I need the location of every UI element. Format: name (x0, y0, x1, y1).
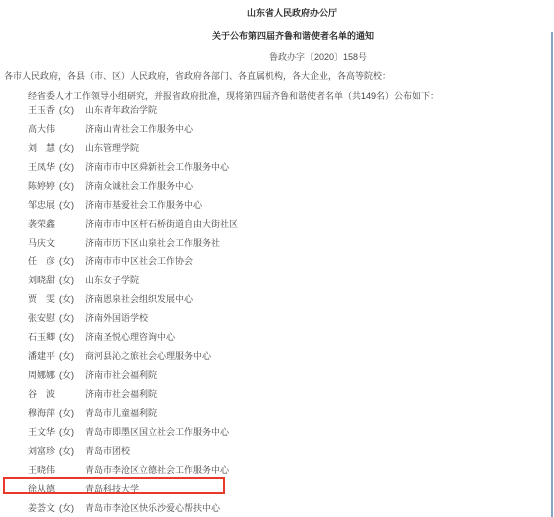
honoree-name: 潘建平 (28, 349, 55, 362)
honoree-name: 王晓伟 (28, 463, 55, 476)
honoree-organization: 济南外国语学校 (85, 311, 148, 324)
honoree-organization: 商河县沁之旅社会心理服务中心 (85, 349, 211, 362)
honoree-list: 王玉香 (女) 山东青年政治学院 高大伟 济南山青社会工作服务中心 刘 慧 (女… (0, 100, 554, 517)
name-column: 姜荟文 (女) (28, 501, 85, 514)
honoree-name: 徐从德 (28, 482, 55, 495)
list-item: 徐从德 青岛科技大学 (0, 479, 554, 498)
name-column: 高大伟 (28, 122, 85, 135)
honoree-organization: 济南市社会福利院 (85, 368, 157, 381)
list-item: 王文华 (女) 青岛市即墨区国立社会工作服务中心 (0, 422, 554, 441)
honoree-gender: (女) (59, 444, 74, 457)
honoree-organization: 济南市历下区山泉社会工作服务社 (85, 236, 220, 249)
honoree-name: 马庆文 (28, 236, 55, 249)
honoree-name: 邹忠展 (28, 198, 55, 211)
list-item: 王凤华 (女) 济南市市中区舜新社会工作服务中心 (0, 157, 554, 176)
honoree-gender: (女) (59, 425, 74, 438)
honoree-name: 任 彦 (28, 254, 55, 267)
name-column: 徐从德 (28, 482, 85, 495)
name-column: 任 彦 (女) (28, 254, 85, 267)
name-column: 张安慰 (女) (28, 311, 85, 324)
honoree-organization: 济南圣悦心理咨询中心 (85, 330, 175, 343)
name-column: 周娜娜 (女) (28, 368, 85, 381)
name-column: 石玉卿 (女) (28, 330, 85, 343)
document-title: 山东省人民政府办公厅 (247, 6, 337, 19)
honoree-name: 刘富珍 (28, 444, 55, 457)
list-item: 张安慰 (女) 济南外国语学校 (0, 308, 554, 327)
honoree-name: 张安慰 (28, 311, 55, 324)
name-column: 王文华 (女) (28, 425, 85, 438)
honoree-gender: (女) (59, 311, 74, 324)
honoree-name: 刘晓甜 (28, 273, 55, 286)
honoree-name: 陈婷婷 (28, 179, 55, 192)
name-column: 刘 慧 (女) (28, 141, 85, 154)
honoree-organization: 济南市市中区舜新社会工作服务中心 (85, 160, 229, 173)
honoree-organization: 济南市市中区社会工作协会 (85, 254, 193, 267)
frame-border-line (551, 32, 553, 517)
honoree-organization: 山东管理学院 (85, 141, 139, 154)
honoree-name: 袭荣鑫 (28, 217, 55, 230)
honoree-organization: 青岛市儿童福利院 (85, 406, 157, 419)
honoree-gender: (女) (59, 406, 74, 419)
list-item: 贾 雯 (女) 济南恩泉社会组织发展中心 (0, 289, 554, 308)
honoree-organization: 青岛市即墨区国立社会工作服务中心 (85, 425, 229, 438)
honoree-name: 姜荟文 (28, 501, 55, 514)
honoree-gender: (女) (59, 501, 74, 514)
honoree-gender: (女) (59, 292, 74, 305)
honoree-name: 谷 波 (28, 387, 55, 400)
list-item: 石玉卿 (女) 济南圣悦心理咨询中心 (0, 327, 554, 346)
honoree-name: 贾 雯 (28, 292, 55, 305)
document-page: 山东省人民政府办公厅 关于公布第四届齐鲁和谐使者名单的通知 鲁政办字〔2020〕… (0, 0, 554, 517)
honoree-organization: 青岛市李沧区快乐沙爱心帮扶中心 (85, 501, 220, 514)
list-item: 邹忠展 (女) 济南市基爱社会工作服务中心 (0, 195, 554, 214)
name-column: 潘建平 (女) (28, 349, 85, 362)
document-number: 鲁政办字〔2020〕158号 (269, 50, 367, 63)
honoree-name: 王文华 (28, 425, 55, 438)
honoree-name: 穆海萍 (28, 406, 55, 419)
name-column: 王晓伟 (28, 463, 85, 476)
list-item: 王玉香 (女) 山东青年政治学院 (0, 100, 554, 119)
honoree-organization: 青岛科技大学 (85, 482, 139, 495)
list-item: 谷 波 济南市社会福利院 (0, 384, 554, 403)
list-item: 穆海萍 (女) 青岛市儿童福利院 (0, 403, 554, 422)
name-column: 谷 波 (28, 387, 85, 400)
honoree-organization: 青岛市李沧区立德社会工作服务中心 (85, 463, 229, 476)
honoree-name: 王玉香 (28, 103, 55, 116)
honoree-organization: 济南市市中区杆石桥街道自由大街社区 (85, 217, 238, 230)
honoree-name: 高大伟 (28, 122, 55, 135)
honoree-name: 王凤华 (28, 160, 55, 173)
honoree-gender: (女) (59, 141, 74, 154)
honoree-organization: 济南市基爱社会工作服务中心 (85, 198, 202, 211)
list-item: 潘建平 (女) 商河县沁之旅社会心理服务中心 (0, 346, 554, 365)
name-column: 贾 雯 (女) (28, 292, 85, 305)
honoree-gender: (女) (59, 254, 74, 267)
honoree-organization: 青岛市团校 (85, 444, 130, 457)
list-item: 陈婷婷 (女) 济南众诚社会工作服务中心 (0, 176, 554, 195)
name-column: 王玉香 (女) (28, 103, 85, 116)
document-subtitle: 关于公布第四届齐鲁和谐使者名单的通知 (212, 29, 374, 42)
honoree-name: 石玉卿 (28, 330, 55, 343)
name-column: 马庆文 (28, 236, 85, 249)
honoree-organization: 济南市社会福利院 (85, 387, 157, 400)
name-column: 刘富珍 (女) (28, 444, 85, 457)
honoree-organization: 济南恩泉社会组织发展中心 (85, 292, 193, 305)
honoree-gender: (女) (59, 349, 74, 362)
name-column: 陈婷婷 (女) (28, 179, 85, 192)
list-item: 周娜娜 (女) 济南市社会福利院 (0, 365, 554, 384)
name-column: 穆海萍 (女) (28, 406, 85, 419)
list-item: 刘晓甜 (女) 山东女子学院 (0, 270, 554, 289)
list-item: 刘富珍 (女) 青岛市团校 (0, 441, 554, 460)
name-column: 王凤华 (女) (28, 160, 85, 173)
honoree-organization: 山东青年政治学院 (85, 103, 157, 116)
honoree-gender: (女) (59, 273, 74, 286)
list-item: 任 彦 (女) 济南市市中区社会工作协会 (0, 252, 554, 271)
list-item: 马庆文 济南市历下区山泉社会工作服务社 (0, 233, 554, 252)
list-item: 高大伟 济南山青社会工作服务中心 (0, 119, 554, 138)
honoree-gender: (女) (59, 330, 74, 343)
honoree-gender: (女) (59, 198, 74, 211)
list-item: 姜荟文 (女) 青岛市李沧区快乐沙爱心帮扶中心 (0, 498, 554, 517)
list-item: 袭荣鑫 济南市市中区杆石桥街道自由大街社区 (0, 214, 554, 233)
honoree-organization: 济南山青社会工作服务中心 (85, 122, 193, 135)
honoree-organization: 山东女子学院 (85, 273, 139, 286)
honoree-organization: 济南众诚社会工作服务中心 (85, 179, 193, 192)
name-column: 袭荣鑫 (28, 217, 85, 230)
honoree-gender: (女) (59, 160, 74, 173)
name-column: 刘晓甜 (女) (28, 273, 85, 286)
honoree-gender: (女) (59, 368, 74, 381)
salutation-paragraph: 各市人民政府，各县（市、区）人民政府，省政府各部门、各直属机构，各大企业，各高等… (4, 69, 391, 82)
name-column: 邹忠展 (女) (28, 198, 85, 211)
list-item: 刘 慧 (女) 山东管理学院 (0, 138, 554, 157)
honoree-name: 周娜娜 (28, 368, 55, 381)
honoree-gender: (女) (59, 103, 74, 116)
honoree-gender: (女) (59, 179, 74, 192)
list-item: 王晓伟 青岛市李沧区立德社会工作服务中心 (0, 460, 554, 479)
honoree-name: 刘 慧 (28, 141, 55, 154)
